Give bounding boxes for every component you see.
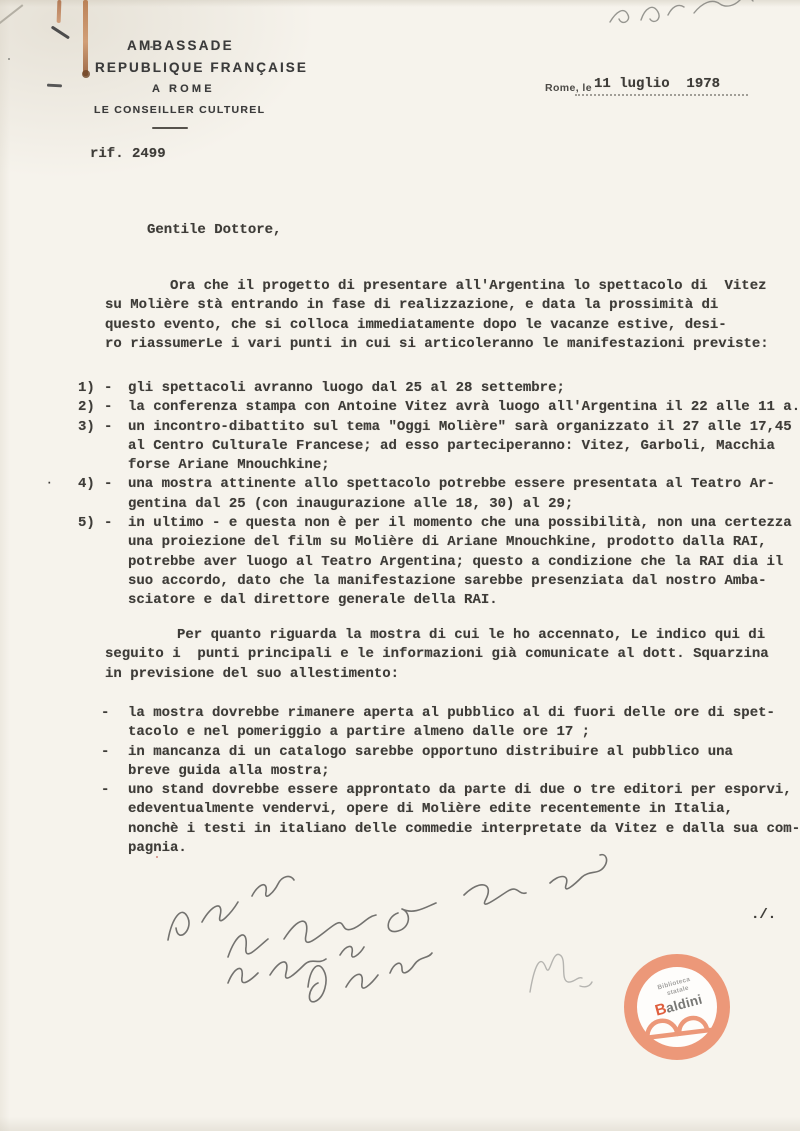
- letterhead-rule: [152, 127, 188, 129]
- list-item-3: 3) - un incontro-dibattito sul tema "Ogg…: [0, 418, 800, 476]
- item-dash: -: [104, 379, 112, 398]
- numbered-list: 1) - gli spettacoli avranno luogo dal 25…: [0, 379, 800, 611]
- item-number: 5): [78, 514, 95, 533]
- item-line: una proiezione del film su Molière di Ar…: [128, 533, 800, 552]
- letterhead-line-2: REPUBLIQUE FRANÇAISE: [95, 60, 308, 75]
- salutation: Gentile Dottore,: [147, 221, 281, 240]
- letterhead-line-3: A ROME: [152, 83, 215, 95]
- item-number: 1): [78, 379, 95, 398]
- item-line: tacolo e nel pomeriggio a partire almeno…: [128, 723, 800, 742]
- list-item-2: 2) - la conferenza stampa con Antoine Vi…: [0, 398, 800, 417]
- letterhead-line-1: AMBASSADE: [127, 38, 234, 53]
- ink-speck-2: [8, 58, 10, 60]
- paragraph-line: Ora che il progetto di presentare all'Ar…: [170, 277, 800, 296]
- item-number: 4): [78, 475, 95, 494]
- item-dash: -: [104, 398, 112, 417]
- pencil-scribble-top-right: [598, 0, 778, 30]
- list-item-4: · 4) - una mostra attinente allo spettac…: [0, 475, 800, 514]
- dateline-typed-date: 11 luglio 1978: [594, 75, 720, 94]
- dateline-dotted-rule: [575, 94, 748, 96]
- item-pre-mark: ·: [46, 475, 53, 494]
- paragraph-2: Per quanto riguarda la mostra di cui le …: [0, 626, 800, 684]
- item-line: gentina dal 25 (con inaugurazione alle 1…: [128, 495, 800, 514]
- item-line: potrebbe aver luogo al Teatro Argentina;…: [128, 553, 800, 572]
- list-item-1: 1) - gli spettacoli avranno luogo dal 25…: [0, 379, 800, 398]
- letterhead-line-4: LE CONSEILLER CULTUREL: [94, 104, 265, 116]
- scanned-letter-page: AMBASSADE REPUBLIQUE FRANÇAISE A ROME LE…: [0, 0, 800, 1131]
- item-line: al Centro Culturale Francese; ad esso pa…: [128, 437, 800, 456]
- item-line: sciatore e dal direttore generale della …: [128, 591, 800, 610]
- paragraph-line: questo evento, che si colloca immediatam…: [105, 316, 800, 335]
- rust-stain-right: [83, 0, 88, 76]
- item-dash: -: [104, 475, 112, 494]
- item-line: la conferenza stampa con Antoine Vitez a…: [128, 398, 800, 417]
- item-line: suo accordo, dato che la manifestazione …: [128, 572, 800, 591]
- item-line: un incontro-dibattito sul tema "Oggi Mol…: [128, 418, 800, 437]
- item-number: 2): [78, 398, 95, 417]
- paragraph-line: Per quanto riguarda la mostra di cui le …: [177, 626, 800, 645]
- item-line: in ultimo - e questa non è per il moment…: [128, 514, 800, 533]
- item-dash: -: [101, 743, 109, 762]
- staple-mark-2: [47, 84, 62, 87]
- library-stamp: Biblioteca statale Baldini: [621, 951, 734, 1064]
- rust-stain-blob: [82, 70, 90, 78]
- staple-mark: [51, 25, 70, 39]
- item-dash: -: [101, 781, 109, 800]
- corner-crease: [0, 4, 23, 25]
- paragraph-line: ro riassumerLe i vari punti in cui si ar…: [105, 335, 800, 354]
- list-item-5: 5) - in ultimo - e questa non è per il m…: [0, 514, 800, 610]
- item-dash: -: [104, 514, 112, 533]
- item-line: uno stand dovrebbe essere approntato da …: [128, 781, 800, 800]
- item-number: 3): [78, 418, 95, 437]
- item-dash: -: [101, 704, 109, 723]
- item-line: breve guida alla mostra;: [128, 762, 800, 781]
- item-line: la mostra dovrebbe rimanere aperta al pu…: [128, 704, 800, 723]
- item-dash: -: [104, 418, 112, 437]
- rust-stain-left: [57, 0, 62, 23]
- paragraph-line: seguito i punti principali e le informaz…: [105, 645, 800, 664]
- dash-item-2: - in mancanza di un catalogo sarebbe opp…: [0, 743, 800, 782]
- reference-number: rif. 2499: [90, 145, 166, 164]
- pencil-signature: [500, 930, 610, 1005]
- paragraph-1: Ora che il progetto di presentare all'Ar…: [0, 277, 800, 354]
- item-line: forse Ariane Mnouchkine;: [128, 456, 800, 475]
- paragraph-line: su Molière stà entrando in fase di reali…: [105, 296, 800, 315]
- paragraph-line: in previsione del suo allestimento:: [105, 665, 800, 684]
- item-line: una mostra attinente allo spettacolo pot…: [128, 475, 800, 494]
- dash-item-1: - la mostra dovrebbe rimanere aperta al …: [0, 704, 800, 743]
- item-line: in mancanza di un catalogo sarebbe oppor…: [128, 743, 800, 762]
- dateline-printed: Rome, le: [545, 82, 592, 94]
- item-line: gli spettacoli avranno luogo dal 25 al 2…: [128, 379, 800, 398]
- item-line: edeventualmente vendervi, opere di Moliè…: [128, 800, 800, 819]
